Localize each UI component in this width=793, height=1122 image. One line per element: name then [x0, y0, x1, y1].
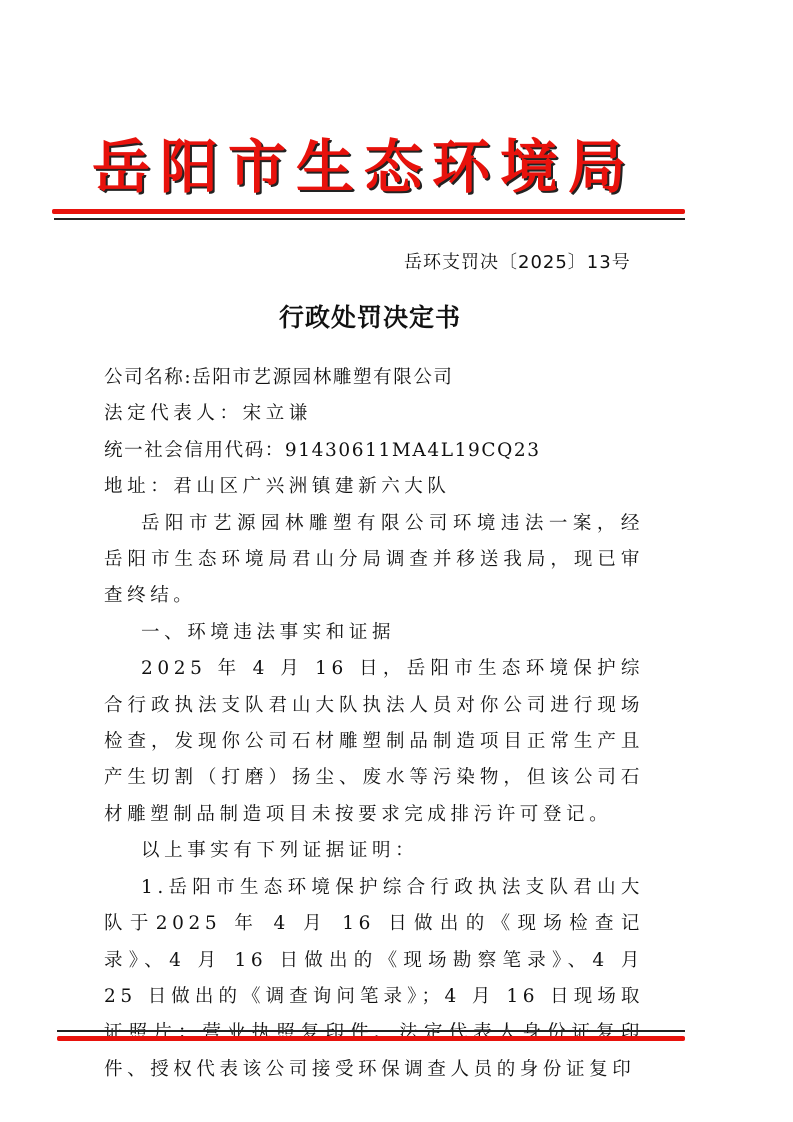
header-black-rule — [54, 218, 685, 220]
document-title: 行政处罚决定书 — [0, 298, 740, 334]
section-heading-facts: 一、环境违法事实和证据 — [104, 615, 644, 651]
facts-paragraph: 2025 年 4 月 16 日，岳阳市生态环境保护综合行政执法支队君山大队执法人… — [104, 651, 644, 833]
document-number: 岳环支罚决〔2025〕13号 — [404, 248, 631, 274]
agency-masthead: 岳阳市生态环境局 — [92, 132, 652, 202]
credit-code-line: 统一社会信用代码：91430611MA4L19CQ23 — [104, 433, 644, 469]
footer-black-rule — [57, 1030, 685, 1032]
evidence-item-1: 1.岳阳市生态环境保护综合行政执法支队君山大队于2025 年 4 月 16 日做… — [104, 870, 644, 1088]
footer-red-rule — [57, 1036, 685, 1041]
address-line: 地址：君山区广兴洲镇建新六大队 — [104, 469, 644, 505]
evidence-intro: 以上事实有下列证据证明： — [104, 833, 644, 869]
legal-rep-line: 法定代表人：宋立谦 — [104, 396, 644, 432]
document-body: 公司名称:岳阳市艺源园林雕塑有限公司 法定代表人：宋立谦 统一社会信用代码：91… — [104, 360, 644, 1088]
header-red-rule — [52, 209, 685, 214]
company-name-line: 公司名称:岳阳市艺源园林雕塑有限公司 — [104, 360, 644, 396]
case-intro-paragraph: 岳阳市艺源园林雕塑有限公司环境违法一案，经岳阳市生态环境局君山分局调查并移送我局… — [104, 506, 644, 615]
